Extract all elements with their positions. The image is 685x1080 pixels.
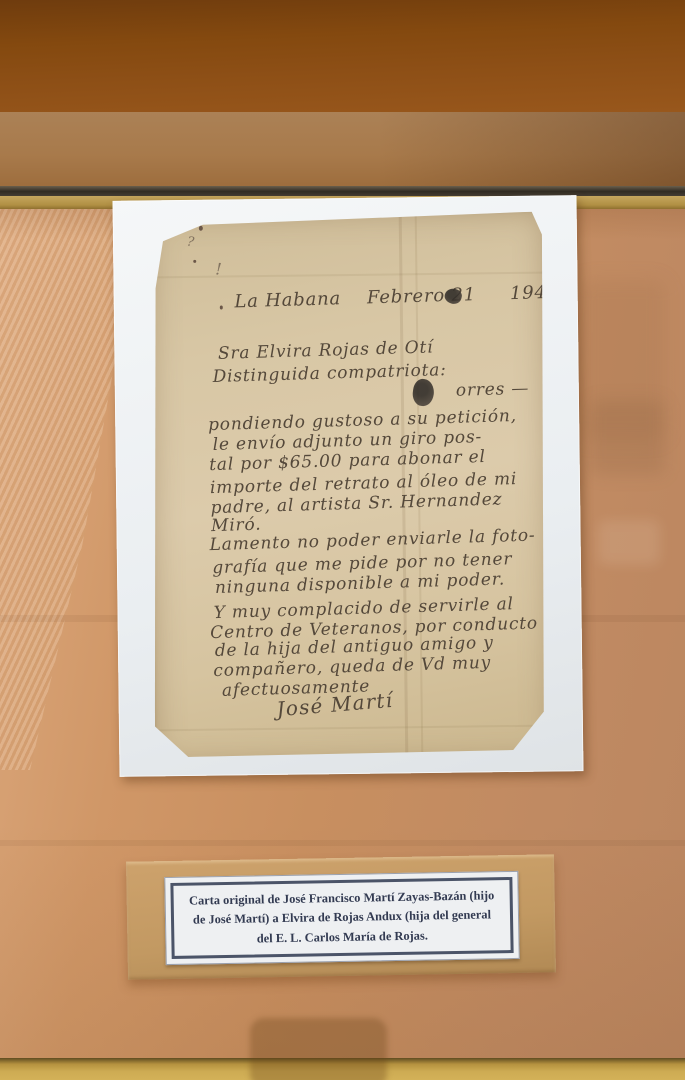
placard-base: Carta original de José Francisco Martí Z… — [126, 854, 556, 979]
placard-label: Carta original de José Francisco Martí Z… — [164, 871, 519, 965]
case-top-glass — [0, 0, 685, 128]
mat-board: ? ! La HabanaFebrero 211945 Sra Elvira R… — [112, 195, 583, 777]
letter-date-year: 1945 — [510, 282, 560, 304]
glass-reflection-smudge — [580, 280, 665, 440]
glass-shade-band — [0, 840, 685, 846]
glass-reflection-smudge — [598, 520, 660, 565]
letter-handwriting: La HabanaFebrero 211945 Sra Elvira Rojas… — [144, 206, 556, 770]
placard-caption: Carta original de José Francisco Martí Z… — [165, 872, 518, 964]
letter-date-place: La Habana — [234, 288, 341, 312]
letter-paper: ? ! La HabanaFebrero 211945 Sra Elvira R… — [149, 210, 552, 767]
placard-caption-line: de José Martí) a Elvira de Rojas Andux (… — [193, 906, 491, 930]
museum-display-case-photo: ? ! La HabanaFebrero 211945 Sra Elvira R… — [0, 0, 685, 1080]
case-glass-reflection — [0, 112, 685, 190]
letter-date-line: La HabanaFebrero 211945 — [234, 282, 559, 313]
placard-caption-line: del E. L. Carlos María de Rojas. — [257, 926, 428, 948]
glass-reflection-smudge — [590, 400, 665, 475]
shadow-patch — [250, 1018, 387, 1080]
letter-body-line: orres — — [149, 379, 529, 411]
